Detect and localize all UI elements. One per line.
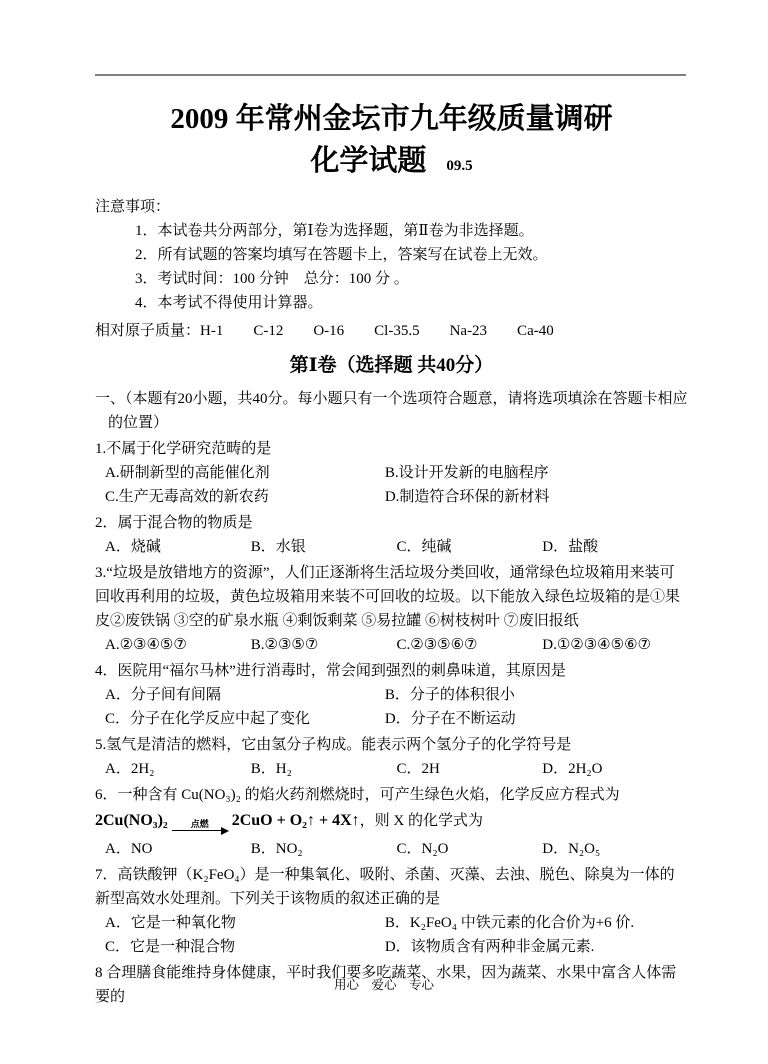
question-5-option-a: A．2H₂ — [105, 757, 251, 781]
exam-title: 2009 年常州金坛市九年级质量调研 — [95, 98, 688, 140]
question-1-options-row-1: A.研制新型的高能催化剂 B.设计开发新的电脑程序 — [95, 461, 688, 485]
section-1-heading: 第Ⅰ卷（选择题 共40分） — [95, 351, 688, 381]
question-7: 7．高铁酸钾（K₂FeO₄）是一种集氧化、吸附、杀菌、灭藻、去浊、脱色、除臭为一… — [95, 863, 688, 959]
question-6-option-b: B．NO₂ — [251, 837, 397, 861]
question-7-stem: 7．高铁酸钾（K₂FeO₄）是一种集氧化、吸附、杀菌、灭藻、去浊、脱色、除臭为一… — [95, 863, 688, 911]
question-3-option-d: D.①②③④⑤⑥⑦ — [542, 633, 688, 657]
equation-rhs: 2CuO + O₂↑ + 4X↑ — [232, 812, 360, 829]
question-6-equation: 2Cu(NO₃)₂点燃2CuO + O₂↑ + 4X↑，则 X 的化学式为 — [95, 807, 688, 837]
reaction-condition-label: 点燃 — [191, 819, 209, 829]
question-2-stem: 2．属于混合物的物质是 — [95, 511, 688, 535]
note-item-3: 3．考试时间：100 分钟 总分：100 分 。 — [95, 267, 688, 291]
question-1-option-d: D.制造符合环保的新材料 — [385, 485, 688, 509]
question-1-option-c: C.生产无毒高效的新农药 — [105, 485, 385, 509]
notes-section: 注意事项： 1．本试卷共分两部分，第Ⅰ卷为选择题，第Ⅱ卷为非选择题。 2．所有试… — [95, 195, 688, 315]
question-4-options-row-2: C．分子在化学反应中起了变化 D．分子在不断运动 — [95, 707, 688, 731]
page-footer: 用心 爱心 专心 — [0, 976, 768, 994]
exam-date-code: 09.5 — [446, 158, 472, 174]
question-5-option-c: C．2H — [397, 757, 543, 781]
question-4-options-row-1: A．分子间有间隔 B．分子的体积很小 — [95, 683, 688, 707]
question-7-option-c: C．它是一种混合物 — [105, 935, 385, 959]
question-5-option-d: D．2H₂O — [542, 757, 688, 781]
question-3: 3.“垃圾是放错地方的资源”，人们正逐渐将生活垃圾分类回收，通常绿色垃圾箱用来装… — [95, 561, 688, 657]
question-7-option-d: D．该物质含有两种非金属元素. — [385, 935, 688, 959]
question-2-option-d: D．盐酸 — [542, 535, 688, 559]
question-2-options-row: A．烧碱 B．水银 C．纯碱 D．盐酸 — [95, 535, 688, 559]
question-1-option-b: B.设计开发新的电脑程序 — [385, 461, 688, 485]
question-1: 1.不属于化学研究范畴的是 A.研制新型的高能催化剂 B.设计开发新的电脑程序 … — [95, 437, 688, 509]
question-4-option-c: C．分子在化学反应中起了变化 — [105, 707, 385, 731]
question-1-option-a: A.研制新型的高能催化剂 — [105, 461, 385, 485]
question-5: 5.氢气是清洁的燃料，它由氢分子构成。能表示两个氢分子的化学符号是 A．2H₂ … — [95, 733, 688, 781]
question-3-option-c: C.②③⑤⑥⑦ — [397, 633, 543, 657]
question-6-option-d: D．N₂O₅ — [542, 837, 688, 861]
question-1-options-row-2: C.生产无毒高效的新农药 D.制造符合环保的新材料 — [95, 485, 688, 509]
question-4-option-a: A．分子间有间隔 — [105, 683, 385, 707]
question-1-stem: 1.不属于化学研究范畴的是 — [95, 437, 688, 461]
equation-tail: ，则 X 的化学式为 — [360, 813, 483, 829]
question-2-option-a: A．烧碱 — [105, 535, 251, 559]
question-3-stem: 3.“垃圾是放错地方的资源”，人们正逐渐将生活垃圾分类回收，通常绿色垃圾箱用来装… — [95, 561, 688, 633]
equation-lhs: 2Cu(NO₃)₂ — [95, 812, 168, 829]
section-1-intro: 一、（本题有20小题，共40分。每小题只有一个选项符合题意，请将选项填涂在答题卡… — [95, 387, 688, 435]
question-5-stem: 5.氢气是清洁的燃料，它由氢分子构成。能表示两个氢分子的化学符号是 — [95, 733, 688, 757]
atomic-masses-line: 相对原子质量：H-1 C-12 O-16 Cl-35.5 Na-23 Ca-40 — [95, 319, 688, 343]
question-6-stem: 6．一种含有 Cu(NO₃)₂ 的焰火药剂燃烧时，可产生绿色火焰，化学反应方程式… — [95, 783, 688, 807]
exam-subtitle-text: 化学试题 — [310, 145, 426, 177]
exam-subtitle: 化学试题09.5 — [95, 140, 688, 187]
reaction-condition-arrow: 点燃 — [172, 819, 228, 837]
question-4-option-d: D．分子在不断运动 — [385, 707, 688, 731]
note-item-2: 2．所有试题的答案均填写在答题卡上，答案写在试卷上无效。 — [95, 243, 688, 267]
question-6: 6．一种含有 Cu(NO₃)₂ 的焰火药剂燃烧时，可产生绿色火焰，化学反应方程式… — [95, 783, 688, 861]
question-3-option-b: B.②③⑤⑦ — [251, 633, 397, 657]
question-5-option-b: B．H₂ — [251, 757, 397, 781]
exam-content: 2009 年常州金坛市九年级质量调研 化学试题09.5 注意事项： 1．本试卷共… — [95, 80, 688, 1009]
question-4-option-b: B．分子的体积很小 — [385, 683, 688, 707]
question-3-option-a: A.②③④⑤⑦ — [105, 633, 251, 657]
question-5-options-row: A．2H₂ B．H₂ C．2H D．2H₂O — [95, 757, 688, 781]
exam-page: 2009 年常州金坛市九年级质量调研 化学试题09.5 注意事项： 1．本试卷共… — [0, 0, 768, 1064]
question-4-stem: 4．医院用“福尔马林”进行消毒时，常会闻到强烈的刺鼻味道，其原因是 — [95, 659, 688, 683]
question-7-option-b: B．K₂FeO₄ 中铁元素的化合价为+6 价. — [385, 911, 688, 935]
question-4: 4．医院用“福尔马林”进行消毒时，常会闻到强烈的刺鼻味道，其原因是 A．分子间有… — [95, 659, 688, 731]
note-item-1: 1．本试卷共分两部分，第Ⅰ卷为选择题，第Ⅱ卷为非选择题。 — [95, 219, 688, 243]
question-7-option-a: A．它是一种氧化物 — [105, 911, 385, 935]
question-2-option-b: B．水银 — [251, 535, 397, 559]
question-2-option-c: C．纯碱 — [397, 535, 543, 559]
question-7-options-row-2: C．它是一种混合物 D．该物质含有两种非金属元素. — [95, 935, 688, 959]
question-6-option-a: A．NO — [105, 837, 251, 861]
notes-heading: 注意事项： — [95, 195, 688, 219]
header-divider — [95, 74, 686, 76]
note-item-4: 4．本考试不得使用计算器。 — [95, 291, 688, 315]
question-7-options-row-1: A．它是一种氧化物 B．K₂FeO₄ 中铁元素的化合价为+6 价. — [95, 911, 688, 935]
question-6-option-c: C．N₂O — [397, 837, 543, 861]
question-2: 2．属于混合物的物质是 A．烧碱 B．水银 C．纯碱 D．盐酸 — [95, 511, 688, 559]
question-6-options-row: A．NO B．NO₂ C．N₂O D．N₂O₅ — [95, 837, 688, 861]
question-3-options-row: A.②③④⑤⑦ B.②③⑤⑦ C.②③⑤⑥⑦ D.①②③④⑤⑥⑦ — [95, 633, 688, 657]
arrow-shaft — [172, 829, 228, 837]
